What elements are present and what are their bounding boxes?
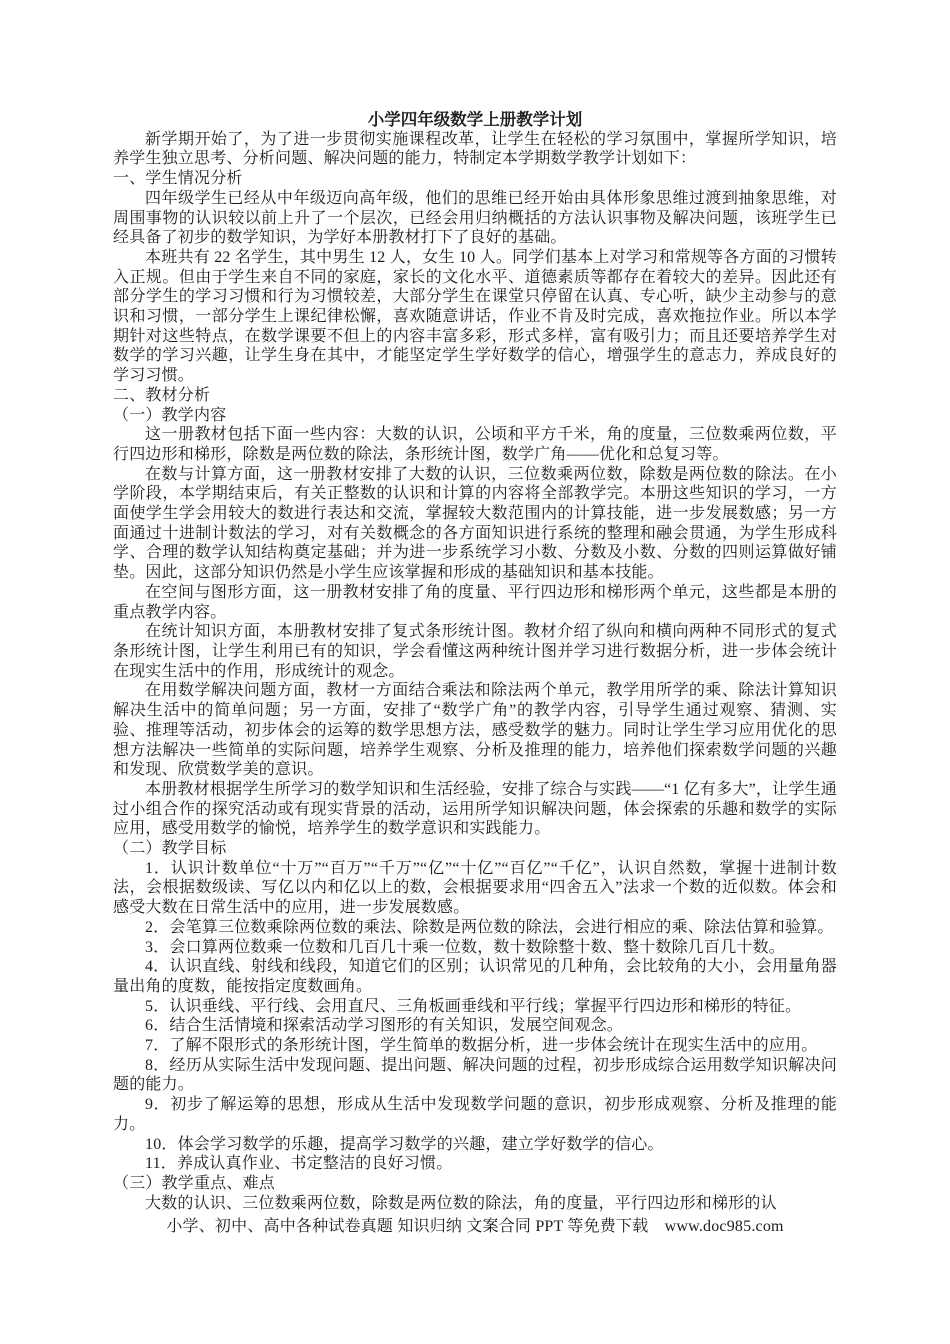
goal-item-2: 2．会笔算三位数乘除两位数的乘法、除数是两位数的除法，会进行相应的乘、除法估算和… <box>113 918 837 938</box>
heading-teaching-goals: （二）教学目标 <box>113 839 837 859</box>
para-comprehensive-practice: 本册教材根据学生所学习的数学知识和生活经验，安排了综合与实践——“1 亿有多大”… <box>113 780 837 839</box>
para-space-graphics: 在空间与图形方面，这一册教材安排了角的度量、平行四边形和梯形两个单元，这些都是本… <box>113 583 837 622</box>
heading-textbook-analysis: 二、教材分析 <box>113 386 837 406</box>
goal-item-4: 4．认识直线、射线和线段，知道它们的区别；认识常见的几种角，会比较角的大小，会用… <box>113 957 837 996</box>
goal-item-1: 1．认识计数单位“十万”“百万”“千万”“亿”“十亿”“百亿”“千亿”，认识自然… <box>113 859 837 918</box>
goal-item-9: 9．初步了解运筹的思想，形成从生活中发现数学问题的意识，初步形成观察、分析及推理… <box>113 1095 837 1134</box>
doc-title: 小学四年级数学上册教学计划 <box>113 110 837 130</box>
goal-item-8: 8．经历从实际生活中发现问题、提出问题、解决问题的过程，初步形成综合运用数学知识… <box>113 1056 837 1095</box>
goal-item-5: 5．认识垂线、平行线、会用直尺、三角板画垂线和平行线；掌握平行四边形和梯形的特征… <box>113 997 837 1017</box>
heading-student-analysis: 一、学生情况分析 <box>113 169 837 189</box>
para-key-points-truncated: 大数的认识、三位数乘两位数，除数是两位数的除法，角的度量，平行四边形和梯形的认 <box>113 1194 837 1214</box>
para-grade-overview: 四年级学生已经从中年级迈向高年级，他们的思维已经开始由具体形象思维过渡到抽象思维… <box>113 189 837 248</box>
heading-teaching-content: （一）教学内容 <box>113 406 837 426</box>
para-content-list: 这一册教材包括下面一些内容：大数的认识，公顷和平方千米，角的度量，三位数乘两位数… <box>113 425 837 464</box>
heading-key-difficult-points: （三）教学重点、难点 <box>113 1174 837 1194</box>
goal-item-3: 3．会口算两位数乘一位数和几百几十乘一位数，数十数除整十数、整十数除几百几十数。 <box>113 938 837 958</box>
footer-download-note: 小学、初中、高中各种试卷真题 知识归纳 文案合同 PPT 等免费下载 www.d… <box>113 1217 837 1237</box>
goal-item-6: 6．结合生活情境和探索活动学习图形的有关知识，发展空间观念。 <box>113 1016 837 1036</box>
document-page: 小学四年级数学上册教学计划 新学期开始了，为了进一步贯彻实施课程改革，让学生在轻… <box>0 0 950 1344</box>
para-class-overview: 本班共有 22 名学生，其中男生 12 人，女生 10 人。同学们基本上对学习和… <box>113 248 837 386</box>
para-statistics: 在统计知识方面，本册教材安排了复式条形统计图。教材介绍了纵向和横向两种不同形式的… <box>113 622 837 681</box>
para-problem-solving: 在用数学解决问题方面，教材一方面结合乘法和除法两个单元，教学用所学的乘、除法计算… <box>113 681 837 780</box>
para-number-computation: 在数与计算方面，这一册教材安排了大数的认识，三位数乘两位数，除数是两位数的除法。… <box>113 465 837 583</box>
goal-item-7: 7．了解不限形式的条形统计图，学生简单的数据分析，进一步体会统计在现实生活中的应… <box>113 1036 837 1056</box>
para-intro: 新学期开始了，为了进一步贯彻实施课程改革，让学生在轻松的学习氛围中，掌握所学知识… <box>113 130 837 169</box>
goal-item-10: 10．体会学习数学的乐趣，提高学习数学的兴趣，建立学好数学的信心。 <box>113 1135 837 1155</box>
goal-item-11: 11．养成认真作业、书定整洁的良好习惯。 <box>113 1154 837 1174</box>
